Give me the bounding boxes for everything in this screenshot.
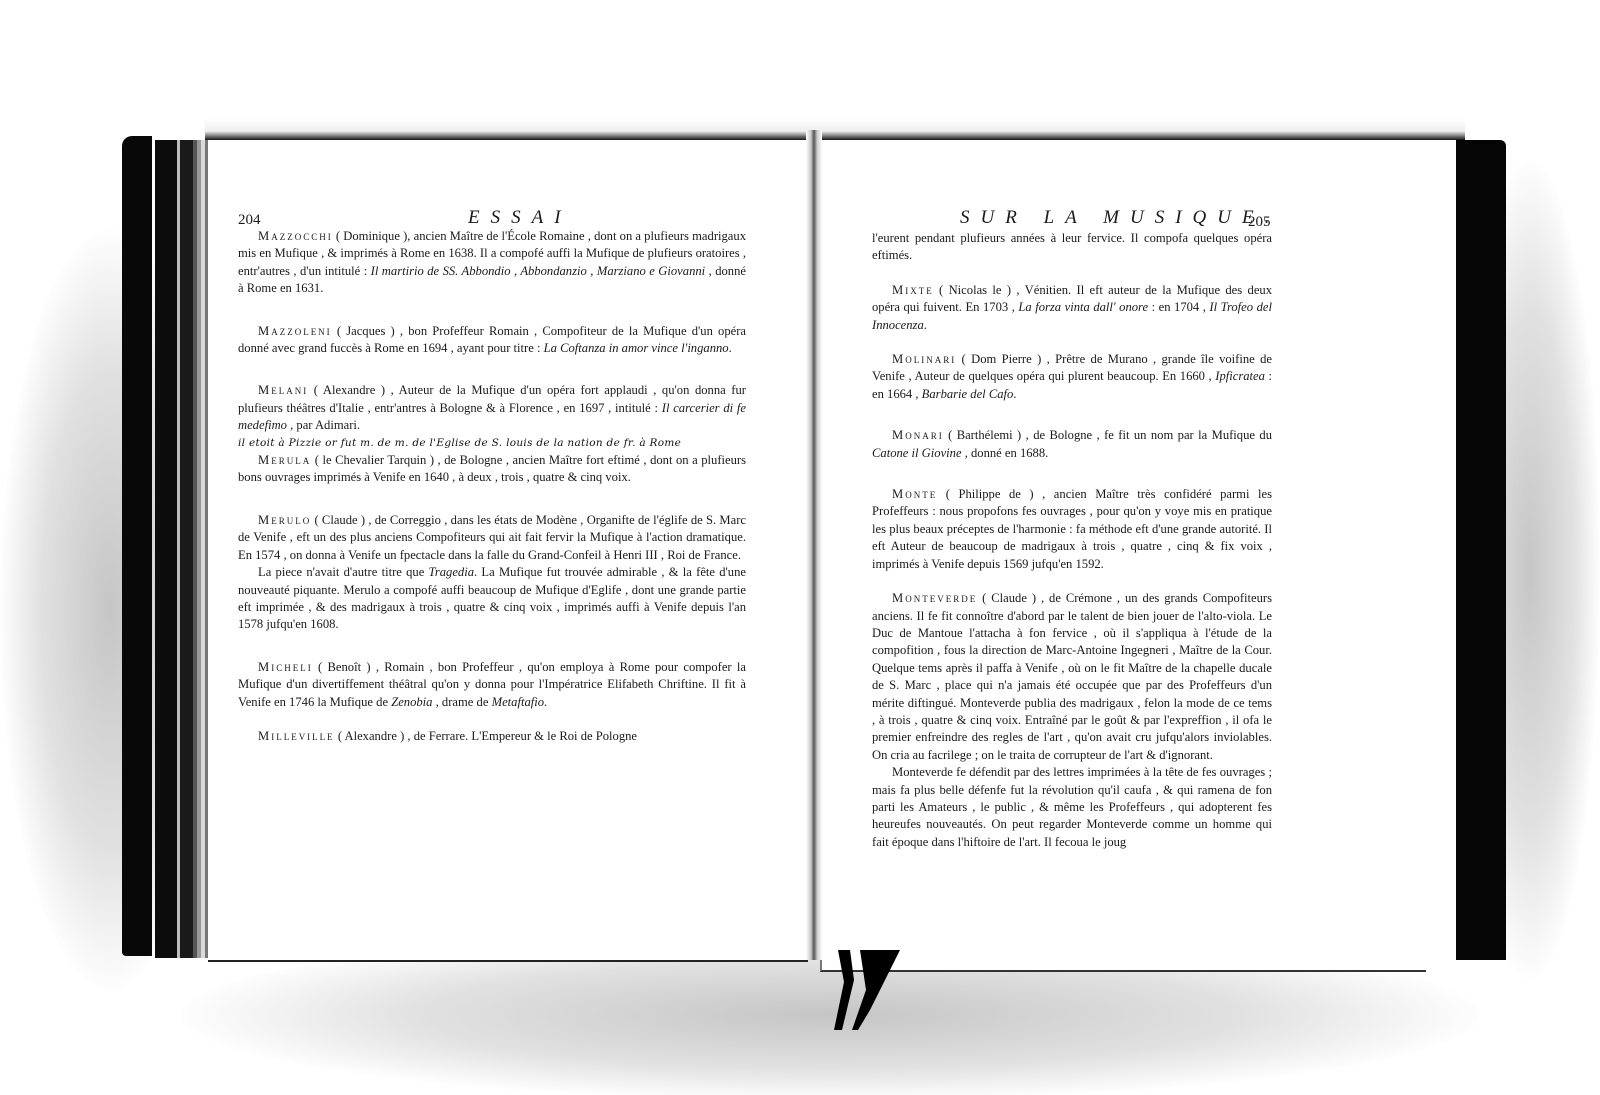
entry-monari: Monari ( Barthélemi ) , de Bologne , fe … bbox=[872, 427, 1272, 462]
page-top-edges bbox=[205, 118, 1465, 140]
left-page-body: Mazzocchi ( Dominique ), ancien Maître d… bbox=[238, 228, 746, 762]
left-running-title: ESSAI bbox=[468, 207, 572, 229]
book-gutter bbox=[806, 130, 822, 960]
entry-molinari: Molinari ( Dom Pierre ) , Prêtre de Mura… bbox=[872, 351, 1272, 403]
entry-monteverde: Monteverde ( Claude ) , de Crémone , un … bbox=[872, 590, 1272, 764]
entry-name: Merula bbox=[258, 453, 311, 467]
page-stack-left bbox=[155, 140, 209, 958]
entry-name: Mixte bbox=[892, 283, 934, 297]
entry-merulo-continued: La piece n'avait d'autre titre que Trage… bbox=[238, 564, 746, 634]
entry-merulo: Merulo ( Claude ) , de Correggio , dans … bbox=[238, 512, 746, 564]
right-page-body: l'eurent pendant plufieurs années à leur… bbox=[872, 230, 1272, 868]
entry-mazzoleni: Mazzoleni ( Jacques ) , bon Profeffeur R… bbox=[238, 323, 746, 358]
right-page-number: 205 bbox=[1248, 214, 1271, 231]
entry-mazzocchi: Mazzocchi ( Dominique ), ancien Maître d… bbox=[238, 228, 746, 298]
entry-name: Merulo bbox=[258, 513, 311, 527]
right-running-title: SUR LA MUSIQUE. bbox=[960, 207, 1280, 229]
entry-mixte: Mixte ( Nicolas le ) , Vénitien. Il eft … bbox=[872, 282, 1272, 334]
entry-micheli: Micheli ( Benoît ) , Romain , bon Profef… bbox=[238, 659, 746, 711]
entry-name: Monari bbox=[892, 428, 944, 442]
entry-monte: Monte ( Philippe de ) , ancien Maître tr… bbox=[872, 486, 1272, 573]
entry-name: Monte bbox=[892, 487, 937, 501]
entry-monteverde-continued: Monteverde fe défendit par des lettres i… bbox=[872, 764, 1272, 851]
entry-name: Milleville bbox=[258, 729, 335, 743]
entry-continuation: l'eurent pendant plufieurs années à leur… bbox=[872, 230, 1272, 265]
entry-name: Melani bbox=[258, 383, 308, 397]
entry-melani: Melani ( Alexandre ) , Auteur de la Mufi… bbox=[238, 382, 746, 434]
entry-name: Molinari bbox=[892, 352, 956, 366]
left-page-number: 204 bbox=[238, 212, 261, 229]
book-cover-left bbox=[122, 136, 152, 956]
bookmark-ribbon-icon bbox=[830, 950, 900, 1030]
entry-name: Micheli bbox=[258, 660, 313, 674]
book-cover-right bbox=[1456, 140, 1506, 960]
entry-name: Monteverde bbox=[892, 591, 977, 605]
entry-merula: Merula ( le Chevalier Tarquin ) , de Bol… bbox=[238, 452, 746, 487]
entry-milleville: Milleville ( Alexandre ) , de Ferrare. L… bbox=[238, 728, 746, 745]
entry-name: Mazzoleni bbox=[258, 324, 332, 338]
entry-name: Mazzocchi bbox=[258, 229, 333, 243]
handwritten-annotation: il etoit à Pizzie or fut m. de m. de l'E… bbox=[238, 435, 746, 452]
